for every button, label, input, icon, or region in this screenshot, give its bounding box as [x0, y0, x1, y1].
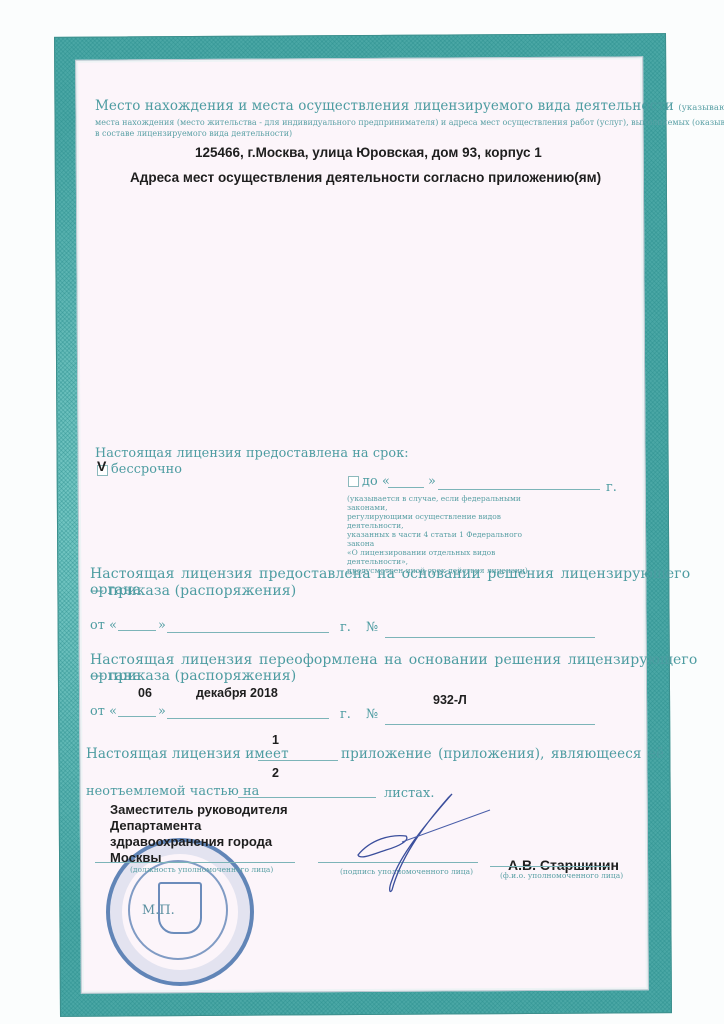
- appendix-line2-prefix: неотъемлемой частью на: [86, 784, 259, 800]
- grant-text-line2: — приказа (распоряжения): [90, 583, 296, 599]
- sheet-count: 2: [272, 766, 279, 780]
- position-line: [95, 862, 295, 863]
- reissue-year-suffix: г.: [340, 707, 351, 723]
- reissue-day-line: [118, 716, 156, 717]
- check-mark: V: [97, 458, 106, 474]
- address-value: 125466, г.Москва, улица Юровская, дом 93…: [195, 145, 542, 160]
- reissue-from-mid: »: [158, 704, 166, 720]
- address-note-line3: в составе лицензируемого вида деятельнос…: [95, 128, 292, 139]
- until-mid: »: [428, 474, 436, 490]
- reissue-number-line: [385, 724, 595, 725]
- appendix-text-suffix: приложение (приложения), являющееся её: [341, 746, 664, 762]
- grant-day-line: [118, 630, 156, 631]
- position-caption: (должность уполномоченного лица): [130, 864, 273, 875]
- reissue-day: 06: [138, 686, 152, 700]
- appendix-count-line: [258, 760, 338, 761]
- handwritten-signature: [330, 790, 500, 900]
- reissue-number-label: №: [366, 707, 378, 723]
- name-line: [490, 866, 610, 867]
- grant-year-suffix: г.: [340, 620, 351, 636]
- until-month-line: [438, 489, 600, 490]
- grant-number-label: №: [366, 620, 378, 636]
- until-year-suffix: г.: [606, 480, 617, 496]
- indefinite-option-label: бессрочно: [111, 462, 182, 478]
- term-label: Настоящая лицензия предоставлена на срок…: [95, 446, 409, 462]
- address-note-line2: места нахождения (место жительства - для…: [95, 117, 724, 128]
- until-day-line: [388, 487, 424, 488]
- grant-from-prefix: от «: [90, 618, 117, 634]
- grant-number-line: [385, 637, 595, 638]
- until-note: (указывается в случае, если федеральными…: [347, 494, 537, 575]
- reissue-from-prefix: от «: [90, 704, 117, 720]
- address-heading: Место нахождения и места осуществления л…: [95, 98, 724, 114]
- addresses-note: Адреса мест осуществления деятельности с…: [130, 170, 601, 185]
- stamp-label: М.П.: [142, 903, 175, 919]
- grant-month-line: [167, 632, 329, 633]
- address-note-inline: (указываются адрес: [678, 103, 724, 113]
- name-caption: (ф.и.о. уполномоченного лица): [500, 870, 623, 881]
- position-block: Заместитель руководителя Департамента зд…: [110, 802, 288, 866]
- reissue-number: 932-Л: [433, 693, 467, 707]
- until-prefix: до «: [362, 474, 390, 490]
- reissue-month-year: декабря 2018: [196, 686, 278, 700]
- appendix-count: 1: [272, 733, 279, 747]
- grant-from-mid: »: [158, 618, 166, 634]
- reissue-month-line: [167, 718, 329, 719]
- reissue-text-line2: — приказа (распоряжения): [90, 668, 296, 684]
- until-date-checkbox[interactable]: [348, 476, 359, 487]
